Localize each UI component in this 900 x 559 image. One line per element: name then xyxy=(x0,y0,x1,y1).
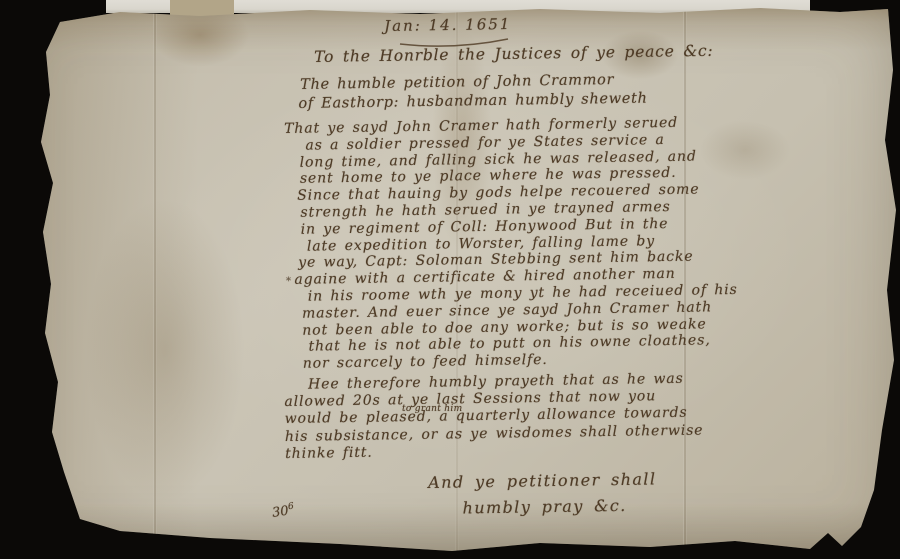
date-heading: Jan: 14. 1651 xyxy=(384,15,512,35)
body-paragraph: That ye sayd John Cramer hath formerly s… xyxy=(284,114,739,373)
shelfmark-note: 306 xyxy=(271,502,295,521)
closing-formula: And ye petitioner shallhumbly pray &c. xyxy=(428,466,657,522)
manuscript-line: And ye petitioner shall xyxy=(428,466,657,496)
photo-background: Jan: 14. 1651 To the Honrble the Justice… xyxy=(0,0,900,559)
fold-crease-left xyxy=(153,8,157,551)
petition-title: The humble petition of John Crammorof Ea… xyxy=(300,71,648,114)
manuscript-page: Jan: 14. 1651 To the Honrble the Justice… xyxy=(0,0,900,559)
prayer-paragraph: Hee therefore humbly prayeth that as he … xyxy=(284,370,704,463)
margin-annotation-mark: * xyxy=(286,276,291,287)
shelfmark-superscript: 6 xyxy=(287,502,294,513)
paper-edge-tab xyxy=(170,0,234,17)
manuscript-line: humbly pray &c. xyxy=(462,492,657,521)
interlinear-insertion: to grant him xyxy=(402,404,462,414)
shelfmark-number: 30 xyxy=(271,504,289,521)
